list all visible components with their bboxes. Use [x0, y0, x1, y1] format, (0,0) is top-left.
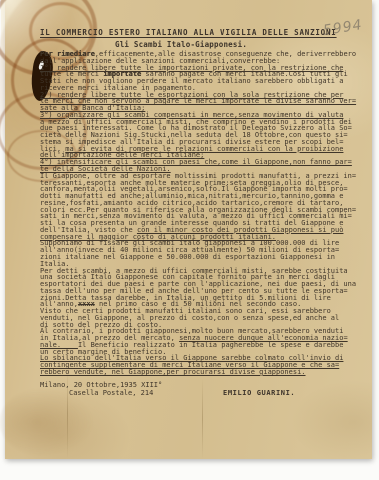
bottom-stain: [0, 388, 94, 456]
document-subtitle: Gli Scambi Italo-Giapponesi.: [115, 40, 247, 49]
footer-address: Casella Postale, 214: [69, 389, 153, 397]
document-title: IL COMMERCIO ESTERO ITALIANO ALLA VIGILI…: [40, 28, 337, 37]
document-line: rebbero vendute, nel Giappone,per procur…: [40, 369, 366, 376]
document-body: Per rimediare,efficacemente,alle disastr…: [40, 51, 366, 376]
footer-signature: EMILIO GUARINI.: [223, 389, 295, 397]
typewritten-document-page: 5994 IL COMMERCIO ESTERO ITALIANO ALLA V…: [5, 0, 372, 459]
footer-place-date: Milano, 20 Ottobre,1935 XIII°: [40, 381, 162, 389]
document-line: zioni italiane nel Giappone e 50.000.000…: [40, 254, 366, 261]
paper-crease: [202, 378, 203, 459]
